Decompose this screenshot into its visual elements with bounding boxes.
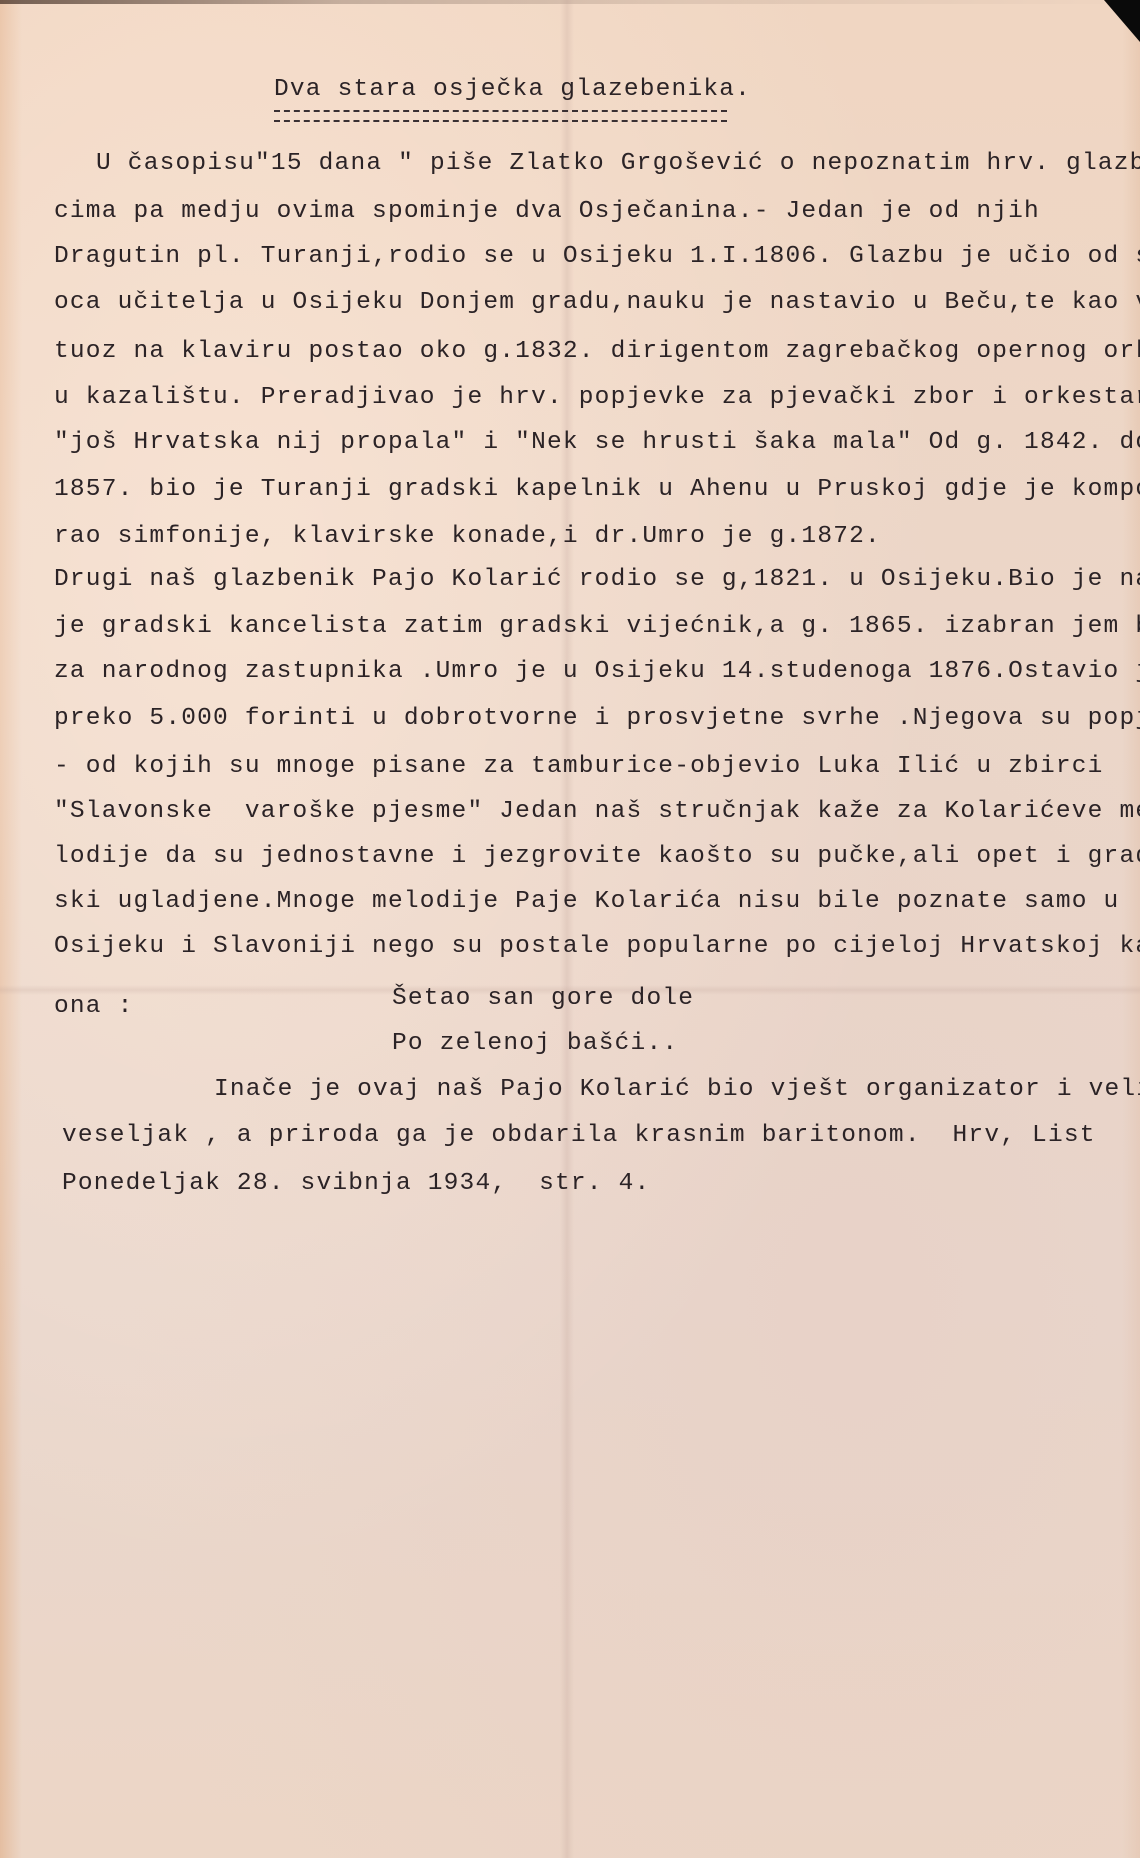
citation-line: Ponedeljak 28. svibnja 1934, str. 4.	[62, 1172, 650, 1197]
text-line-14: - od kojih su mnoge pisane za tamburice-…	[54, 755, 1104, 780]
text-line-8: 1857. bio je Turanji gradski kapelnik u …	[54, 478, 1140, 503]
text-line-1: U časopisu"15 dana " piše Zlatko Grgošev…	[96, 152, 1140, 177]
text-line-17: ski ugladjene.Mnoge melodije Paje Kolari…	[54, 890, 1119, 915]
title-double-underline	[274, 110, 727, 122]
text-line-9: rao simfonije, klavirske konade,i dr.Umr…	[54, 525, 881, 550]
text-line-5: tuoz na klaviru postao oko g.1832. dirig…	[54, 340, 1140, 365]
text-line-22: Inače je ovaj naš Pajo Kolarić bio vješt…	[214, 1078, 1140, 1103]
text-line-10: Drugi naš glazbenik Pajo Kolarić rodio s…	[54, 568, 1140, 593]
text-line-6: u kazalištu. Preradjivao je hrv. popjevk…	[54, 386, 1140, 411]
text-line-16: lodije da su jednostavne i jezgrovite ka…	[54, 845, 1140, 870]
text-line-18: Osijeku i Slavoniji nego su postale popu…	[54, 935, 1140, 960]
text-line-15: "Slavonske varoške pjesme" Jedan naš str…	[54, 800, 1140, 825]
text-line-2: cima pa medju ovima spominje dva Osječan…	[54, 200, 1040, 225]
document-title: Dva stara osječka glazebenika.	[274, 78, 751, 103]
text-line-23: veseljak , a priroda ga je obdarila kras…	[62, 1124, 1096, 1149]
text-line-19: ona :	[54, 995, 134, 1020]
folded-corner	[1104, 0, 1140, 42]
vertical-fold-crease	[560, 0, 574, 1858]
verse-line-2: Po zelenoj bašći..	[392, 1032, 678, 1057]
text-line-3: Dragutin pl. Turanji,rodio se u Osijeku …	[54, 245, 1140, 270]
text-line-12: za narodnog zastupnika .Umro je u Osijek…	[54, 660, 1140, 685]
text-line-13: preko 5.000 forinti u dobrotvorne i pros…	[54, 707, 1140, 732]
verse-line-1: Šetao san gore dole	[392, 987, 694, 1012]
text-line-4: oca učitelja u Osijeku Donjem gradu,nauk…	[54, 291, 1140, 316]
text-line-7: "još Hrvatska nij propala" i "Nek se hru…	[54, 431, 1140, 456]
text-line-11: je gradski kancelista zatim gradski vije…	[54, 615, 1140, 640]
paper-sheet: Dva stara osječka glazebenika. U časopis…	[0, 0, 1140, 1858]
